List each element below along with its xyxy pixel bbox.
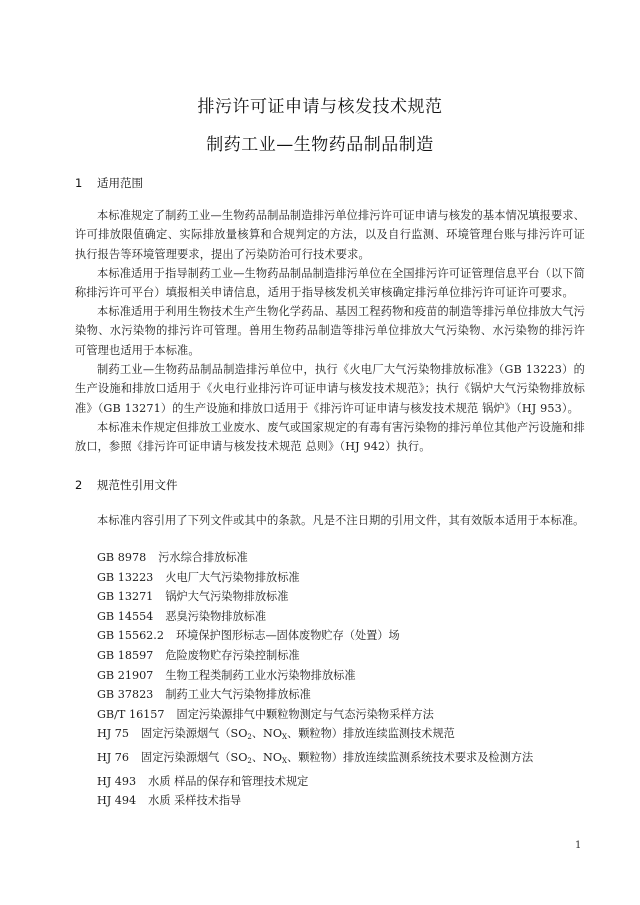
reference-title: 固定污染源排气中颗粒物测定与气态污染物采样方法 — [177, 708, 434, 721]
section-title: 适用范围 — [97, 176, 143, 190]
section-heading-references: 2规范性引用文件 — [75, 477, 178, 493]
title-part: 、颗粒物）排放连续监测技术规范 — [287, 727, 455, 740]
reference-title: 危险废物贮存污染控制标准 — [165, 649, 299, 662]
reference-title: 锅炉大气污染物排放标准 — [165, 590, 288, 603]
section-number: 1 — [75, 176, 97, 190]
reference-code: GB 21907 — [97, 669, 153, 682]
reference-item: GB 15562.2环境保护图形标志—固体废物贮存（处置）场 — [97, 626, 533, 646]
title-part: 固定污染源烟气（SO — [141, 727, 247, 740]
reference-item: GB 8978污水综合排放标准 — [97, 548, 533, 568]
reference-code: GB/T 16157 — [97, 708, 165, 721]
reference-item: GB/T 16157固定污染源排气中颗粒物测定与气态污染物采样方法 — [97, 705, 533, 725]
paragraph: 制药工业—生物药品制品制造排污单位中，执行《火电厂大气污染物排放标准》（GB 1… — [75, 360, 585, 418]
title-part: 、颗粒物）排放连续监测系统技术要求及检测方法 — [287, 751, 533, 764]
document-title: 排污许可证申请与核发技术规范 — [0, 92, 640, 117]
reference-code: GB 13271 — [97, 590, 153, 603]
paragraph: 本标准适用于利用生物技术生产生物化学药品、基因工程药物和疫苗的制造等排污单位排放… — [75, 302, 585, 360]
paragraph: 本标准未作规定但排放工业废水、废气或国家规定的有毒有害污染物的排污单位其他产污设… — [75, 418, 585, 457]
reference-item: HJ 76固定污染源烟气（SO2、NOX、颗粒物）排放连续监测系统技术要求及检测… — [97, 748, 533, 772]
reference-code: GB 14554 — [97, 610, 153, 623]
reference-item: GB 21907生物工程类制药工业水污染物排放标准 — [97, 666, 533, 686]
reference-item: GB 14554恶臭污染物排放标准 — [97, 607, 533, 627]
reference-title: 制药工业大气污染物排放标准 — [165, 688, 310, 701]
reference-title: 环境保护图形标志—固体废物贮存（处置）场 — [176, 629, 400, 642]
reference-code: GB 37823 — [97, 688, 153, 701]
title-part: 、NO — [252, 751, 282, 764]
reference-code: HJ 493 — [97, 775, 136, 788]
document-subtitle: 制药工业—生物药品制品制造 — [0, 130, 640, 155]
reference-code: GB 15562.2 — [97, 629, 164, 642]
reference-code: HJ 75 — [97, 727, 129, 740]
reference-title: 污水综合排放标准 — [158, 551, 248, 564]
reference-item: HJ 75固定污染源烟气（SO2、NOX、颗粒物）排放连续监测技术规范 — [97, 724, 533, 748]
document-page: 排污许可证申请与核发技术规范 制药工业—生物药品制品制造 1适用范围 本标准规定… — [0, 0, 640, 905]
reference-item: GB 37823制药工业大气污染物排放标准 — [97, 685, 533, 705]
reference-item: HJ 493水质 样品的保存和管理技术规定 — [97, 772, 533, 792]
reference-title: 生物工程类制药工业水污染物排放标准 — [165, 669, 355, 682]
reference-item: GB 18597危险废物贮存污染控制标准 — [97, 646, 533, 666]
reference-title: 火电厂大气污染物排放标准 — [165, 571, 299, 584]
reference-code: HJ 76 — [97, 751, 129, 764]
reference-code: GB 13223 — [97, 571, 153, 584]
reference-title: 水质 采样技术指导 — [148, 794, 241, 807]
paragraph: 本标准规定了制药工业—生物药品制品制造排污单位排污许可证申请与核发的基本情况填报… — [75, 206, 585, 264]
reference-item: GB 13223火电厂大气污染物排放标准 — [97, 568, 533, 588]
reference-title: 固定污染源烟气（SO2、NOX、颗粒物）排放连续监测系统技术要求及检测方法 — [141, 751, 533, 764]
reference-item: HJ 494水质 采样技术指导 — [97, 791, 533, 811]
title-part: 固定污染源烟气（SO — [141, 751, 247, 764]
reference-code: GB 18597 — [97, 649, 153, 662]
section-number: 2 — [75, 478, 97, 492]
section-title: 规范性引用文件 — [97, 478, 178, 492]
reference-item: GB 13271锅炉大气污染物排放标准 — [97, 587, 533, 607]
reference-code: GB 8978 — [97, 551, 146, 564]
reference-title: 恶臭污染物排放标准 — [165, 610, 266, 623]
section-heading-scope: 1适用范围 — [75, 175, 143, 191]
reference-code: HJ 494 — [97, 794, 136, 807]
reference-title: 固定污染源烟气（SO2、NOX、颗粒物）排放连续监测技术规范 — [141, 727, 455, 740]
page-number: 1 — [575, 840, 581, 851]
title-part: 、NO — [252, 727, 282, 740]
reference-title: 水质 样品的保存和管理技术规定 — [148, 775, 308, 788]
paragraph: 本标准内容引用了下列文件或其中的条款。凡是不注日期的引用文件，其有效版本适用于本… — [75, 511, 585, 530]
paragraph: 本标准适用于指导制药工业—生物药品制品制造排污单位在全国排污许可证管理信息平台（… — [75, 264, 585, 303]
reference-list: GB 8978污水综合排放标准 GB 13223火电厂大气污染物排放标准 GB … — [97, 548, 533, 811]
